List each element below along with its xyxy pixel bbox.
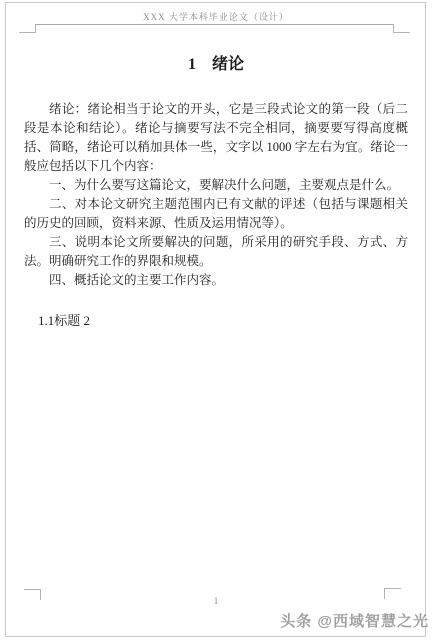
page-number: 1	[0, 596, 432, 606]
chapter-title: 1 绪论	[24, 54, 408, 76]
paragraph-item-4: 四、概括论文的主要工作内容。	[24, 271, 408, 290]
section-heading: 1.1标题 2	[38, 312, 408, 329]
document-body: 1 绪论 绪论：绪论相当于论文的开头，它是三段式论文的第一段（后二段是本论和结论…	[24, 54, 408, 329]
margin-crop-mark-bottom-left	[24, 589, 41, 590]
document-page: XXX 大学本科毕业论文（设计） 1 绪论 绪论：绪论相当于论文的开头，它是三段…	[0, 0, 432, 640]
header-rule-line	[35, 24, 394, 25]
margin-crop-mark-top-left	[19, 32, 36, 33]
paragraph-item-3: 三、说明本论文所要解决的问题，所采用的研究手段、方式、方法。明确研究工作的界限和…	[24, 233, 408, 271]
paragraph-intro: 绪论：绪论相当于论文的开头，它是三段式论文的第一段（后二段是本论和结论）。绪论与…	[24, 100, 408, 176]
toutiao-watermark: 头条 @西域智慧之光	[280, 610, 429, 631]
margin-crop-mark-top-right	[393, 32, 410, 33]
margin-crop-mark-bottom-right	[384, 588, 401, 589]
running-header: XXX 大学本科毕业论文（设计）	[0, 10, 432, 23]
paragraph-item-1: 一、为什么要写这篇论文，要解决什么问题，主要观点是什么。	[24, 176, 408, 195]
paragraph-item-2: 二、对本论文研究主题范围内已有文献的评述（包括与课题相关的历史的回顾，资料来源、…	[24, 195, 408, 233]
